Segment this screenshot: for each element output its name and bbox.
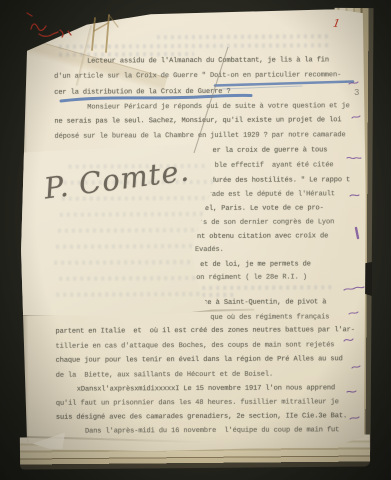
typed-line: ce à Saint-Quentin, de pivot à	[203, 298, 326, 307]
typed-line: que où des régiments français	[210, 313, 329, 322]
typed-line: et de loi, je me permets de	[200, 260, 311, 269]
typed-line: el, Paris. Le vote de ce pro-	[205, 204, 324, 213]
typed-line: tillerie en cas d'attaque des Boches, de…	[56, 341, 335, 350]
typed-line: Monsieur Péricard je réponds oui de suit…	[87, 102, 349, 111]
typed-line: on régiment ( le 28e R.I. )	[196, 273, 307, 282]
typed-line: durée des hostilités. " Le rappo t	[211, 176, 350, 185]
typed-line: chaque jour pour les tenir en éveil dans…	[56, 355, 343, 365]
letter-page: Lecteur assidu de l'Almanach du Combatta…	[0, 0, 391, 480]
red-ink-scribble	[27, 13, 71, 37]
typed-line: xDansxl'axprèsxmidixxxxxI Le 15 novembre…	[77, 384, 335, 393]
handwritten-signature: P. Comte.	[42, 153, 191, 205]
typed-line: déposé sur le bureau de la Chambre en ju…	[54, 131, 345, 141]
typed-line: ne serais pas le seul. Sachez, Monsieur,…	[54, 116, 341, 126]
typed-line: rade est le député de l'Hérault	[208, 190, 335, 199]
typed-line: de la Biette, aux saillants de Hécourt e…	[56, 371, 273, 380]
typed-line: 's de son dernier congrès de Lyon	[199, 218, 334, 227]
typed-line: Evadés.	[195, 246, 224, 254]
typed-line: Lecteur assidu de l'Almanach du Combatta…	[87, 56, 329, 65]
typed-line: ble effectif ayant été citée	[215, 161, 334, 170]
typed-line: nt obtenu citation avec croix de	[197, 232, 328, 241]
typed-line: suis désigné avec des camarades grenadie…	[56, 412, 347, 422]
typed-line: Dans l'après-midi du 16 novembre l'équip…	[85, 426, 339, 435]
typewritten-text: Lecteur assidu de l'Almanach du Combatta…	[0, 0, 390, 1]
typed-line: er la croix de guerre à tous	[213, 146, 328, 155]
typed-line: qu'il faut un prisonnier dans les 48 heu…	[56, 398, 339, 407]
typed-line: d'un article sur la Croix de Guerre " Do…	[54, 71, 341, 81]
margin-number: 3	[354, 88, 359, 98]
typed-line: cer la distribution de la Croix de Guerr…	[54, 88, 230, 97]
photo-backdrop: Lecteur assidu de l'Almanach du Combatta…	[0, 0, 391, 480]
typed-line: partent en Italie et où il est créé des …	[55, 326, 354, 336]
